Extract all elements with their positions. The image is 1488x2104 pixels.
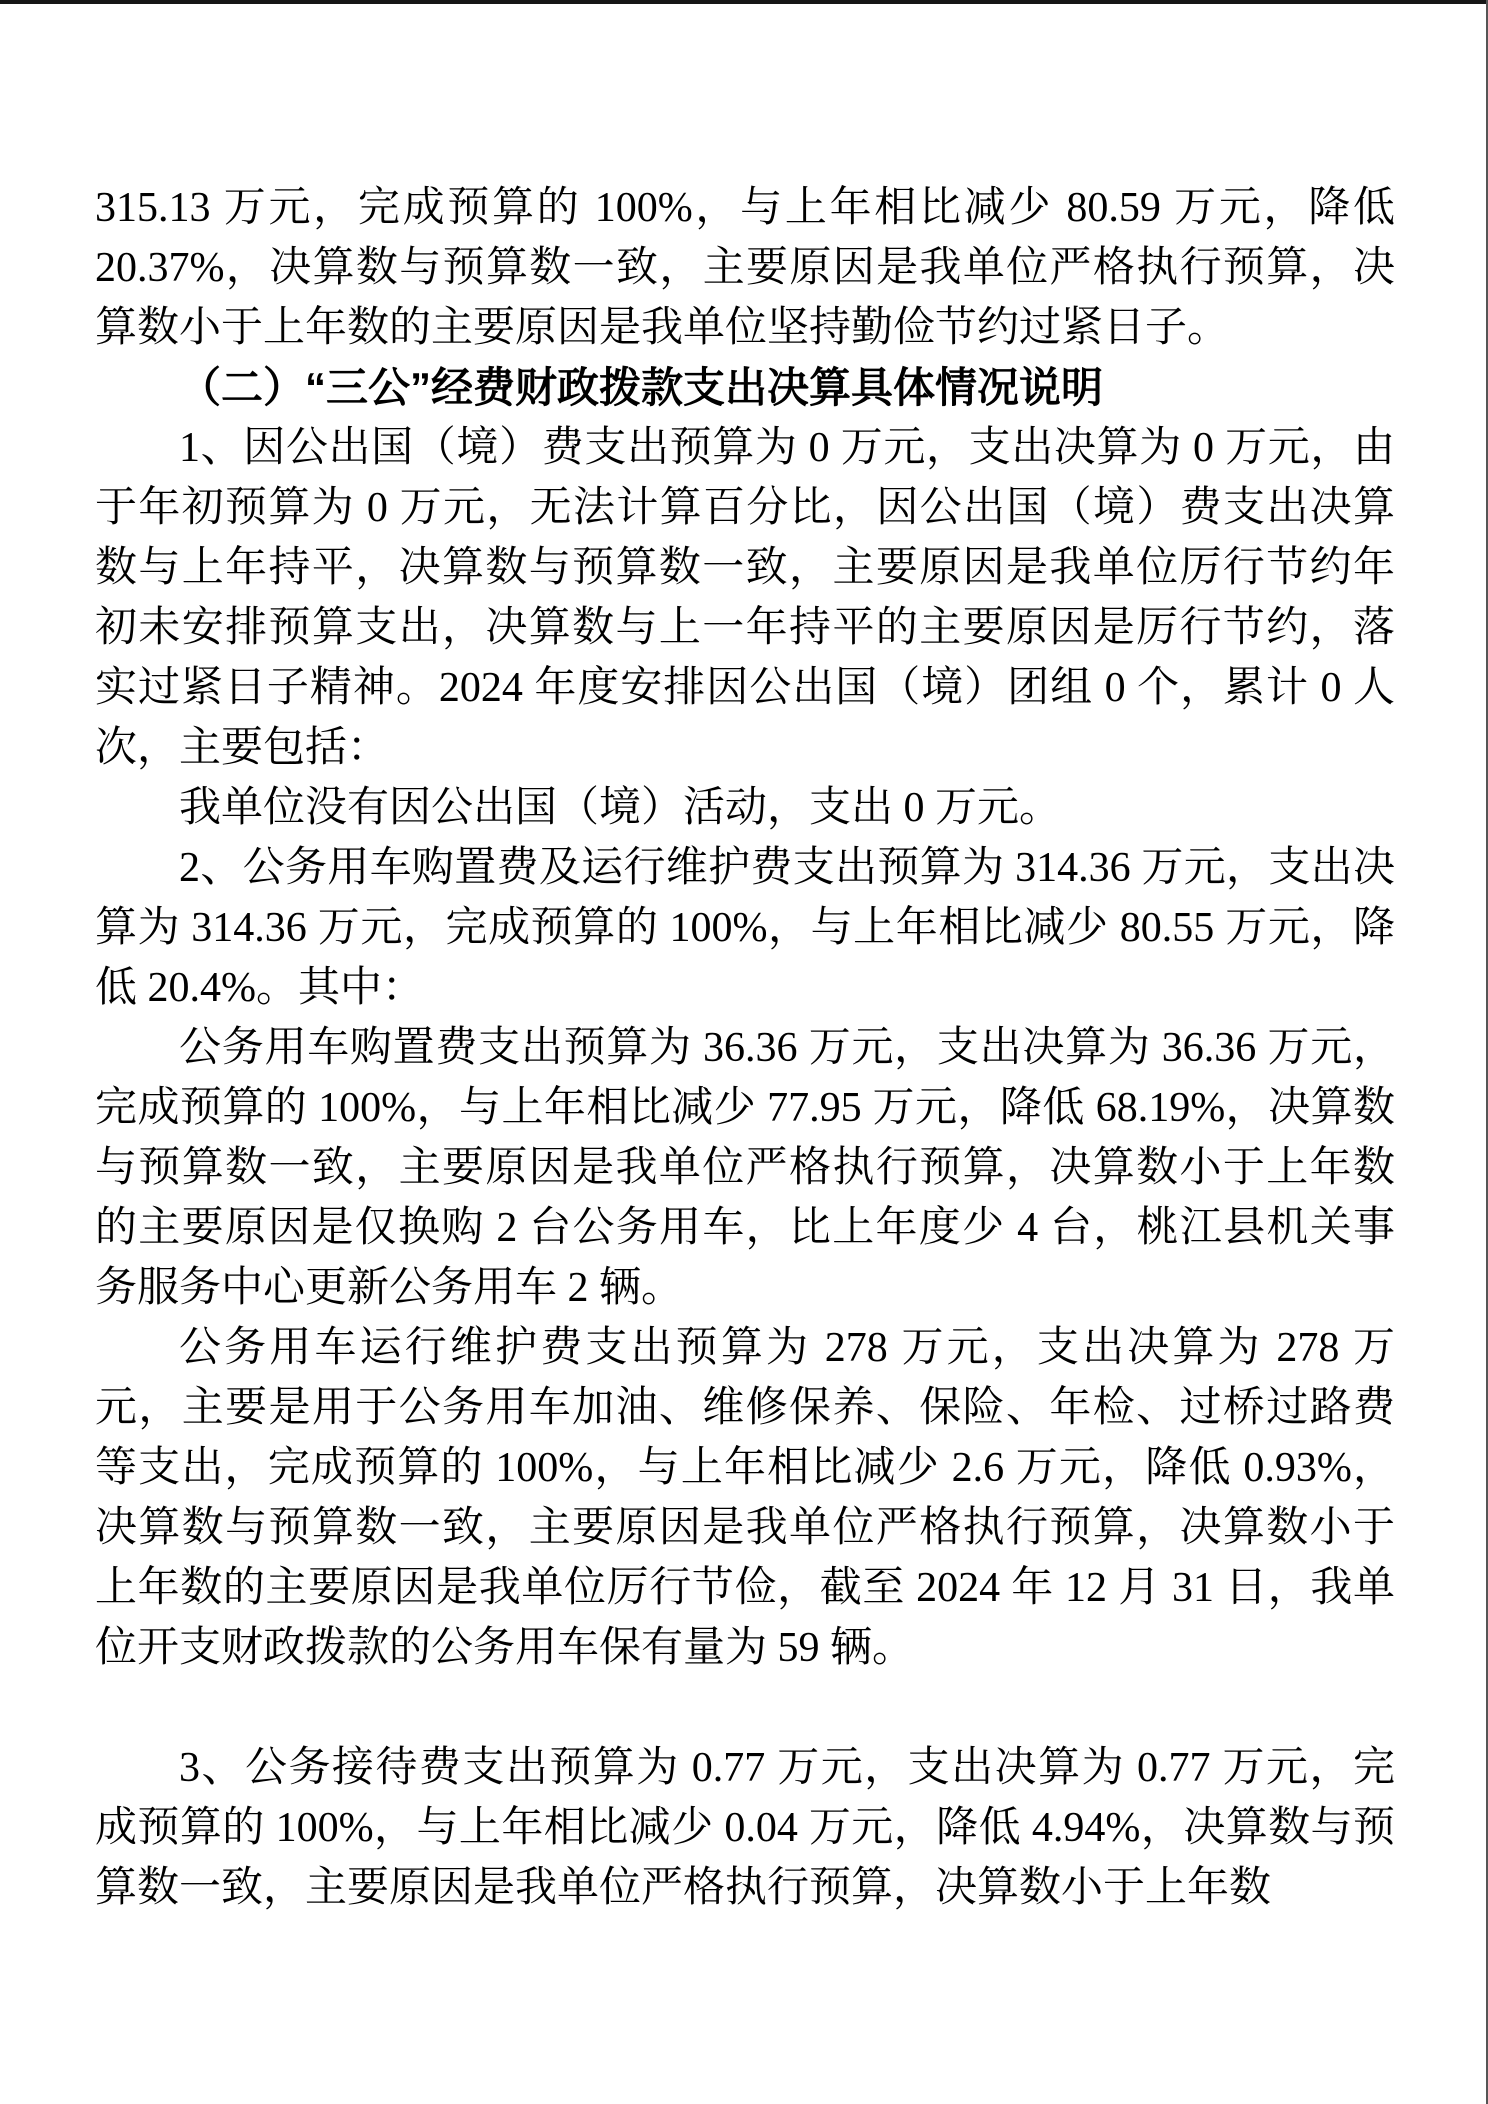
paragraph-1-overseas-travel-expense: 1、因公出国（境）费支出预算为 0 万元，支出决算为 0 万元，由于年初预算为 … [95,418,1395,778]
paragraph-continuation-total-expense: 315.13 万元，完成预算的 100%，与上年相比减少 80.59 万元，降低… [95,178,1395,358]
page-top-edge [0,0,1488,4]
paragraph-no-overseas-activity: 我单位没有因公出国（境）活动，支出 0 万元。 [95,778,1395,838]
paragraph-2-official-vehicle-total: 2、公务用车购置费及运行维护费支出预算为 314.36 万元，支出决算为 314… [95,838,1395,1018]
blank-line-spacer [95,1678,1395,1738]
paragraph-vehicle-purchase-expense: 公务用车购置费支出预算为 36.36 万元，支出决算为 36.36 万元，完成预… [95,1018,1395,1318]
paragraph-3-official-reception-expense: 3、公务接待费支出预算为 0.77 万元，支出决算为 0.77 万元，完成预算的… [95,1738,1395,1918]
document-content: 315.13 万元，完成预算的 100%，与上年相比减少 80.59 万元，降低… [95,178,1395,1918]
paragraph-vehicle-operation-expense: 公务用车运行维护费支出预算为 278 万元，支出决算为 278 万元，主要是用于… [95,1318,1395,1678]
document-page: 315.13 万元，完成预算的 100%，与上年相比减少 80.59 万元，降低… [0,0,1488,2104]
section-heading-three-public-expenses-detail: （二）“三公”经费财政拨款支出决算具体情况说明 [95,358,1395,418]
